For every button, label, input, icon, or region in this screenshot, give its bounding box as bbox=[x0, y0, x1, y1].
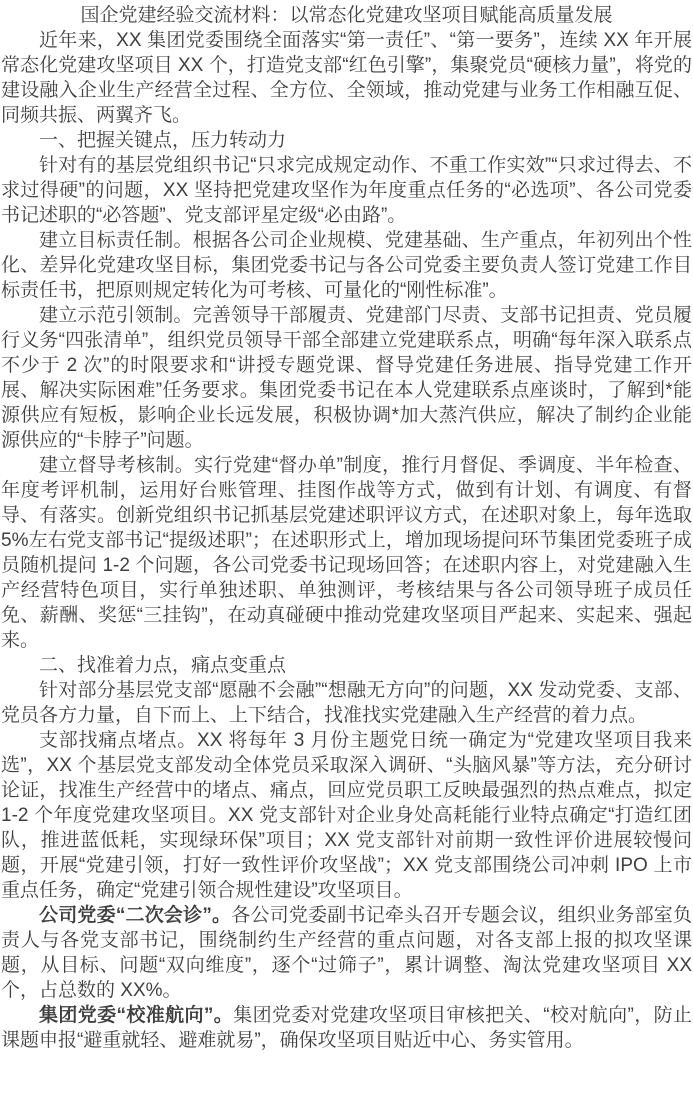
paragraph-bold-lead: 集团党委“校准航向”。 bbox=[39, 1005, 233, 1026]
body-paragraph: 建立目标责任制。根据各公司企业规模、党建基础、生产重点，年初列出个性化、差异化党… bbox=[1, 228, 692, 303]
paragraph-bold-lead: 公司党委“二次会诊”。 bbox=[39, 905, 231, 926]
document-page: 国企党建经验交流材料：以常态化党建攻坚项目赋能高质量发展 近年来，XX 集团党委… bbox=[0, 0, 693, 1097]
document-body: 近年来，XX 集团党委围绕全面落实“第一责任”、“第一要务”，连续 XX 年开展… bbox=[1, 28, 692, 1053]
body-paragraph: 针对部分基层党支部“愿融不会融”“想融无方向”的问题，XX 发动党委、支部、党员… bbox=[1, 678, 692, 728]
body-paragraph: 支部找痛点堵点。XX 将每年 3 月份主题党日统一确定为“党建攻坚项目我来选”，… bbox=[1, 728, 692, 903]
section-heading: 二、找准着力点，痛点变重点 bbox=[1, 653, 692, 678]
section-heading: 一、把握关键点，压力转动力 bbox=[1, 128, 692, 153]
document-content: 国企党建经验交流材料：以常态化党建攻坚项目赋能高质量发展 近年来，XX 集团党委… bbox=[0, 0, 693, 1053]
body-paragraph: 集团党委“校准航向”。集团党委对党建攻坚项目审核把关、“校对航向”，防止课题申报… bbox=[1, 1003, 692, 1053]
body-paragraph: 近年来，XX 集团党委围绕全面落实“第一责任”、“第一要务”，连续 XX 年开展… bbox=[1, 28, 692, 128]
document-title: 国企党建经验交流材料：以常态化党建攻坚项目赋能高质量发展 bbox=[1, 3, 692, 28]
body-paragraph: 针对有的基层党组织书记“只求完成规定动作、不重工作实效”“只求过得去、不求过得硬… bbox=[1, 153, 692, 228]
body-paragraph: 公司党委“二次会诊”。各公司党委副书记牵头召开专题会议，组织业务部室负责人与各党… bbox=[1, 903, 692, 1003]
body-paragraph: 建立示范引领制。完善领导干部履责、党建部门尽责、支部书记担责、党员履行义务“四张… bbox=[1, 303, 692, 453]
body-paragraph: 建立督导考核制。实行党建“督办单”制度，推行月督促、季调度、半年检查、年度考评机… bbox=[1, 453, 692, 653]
